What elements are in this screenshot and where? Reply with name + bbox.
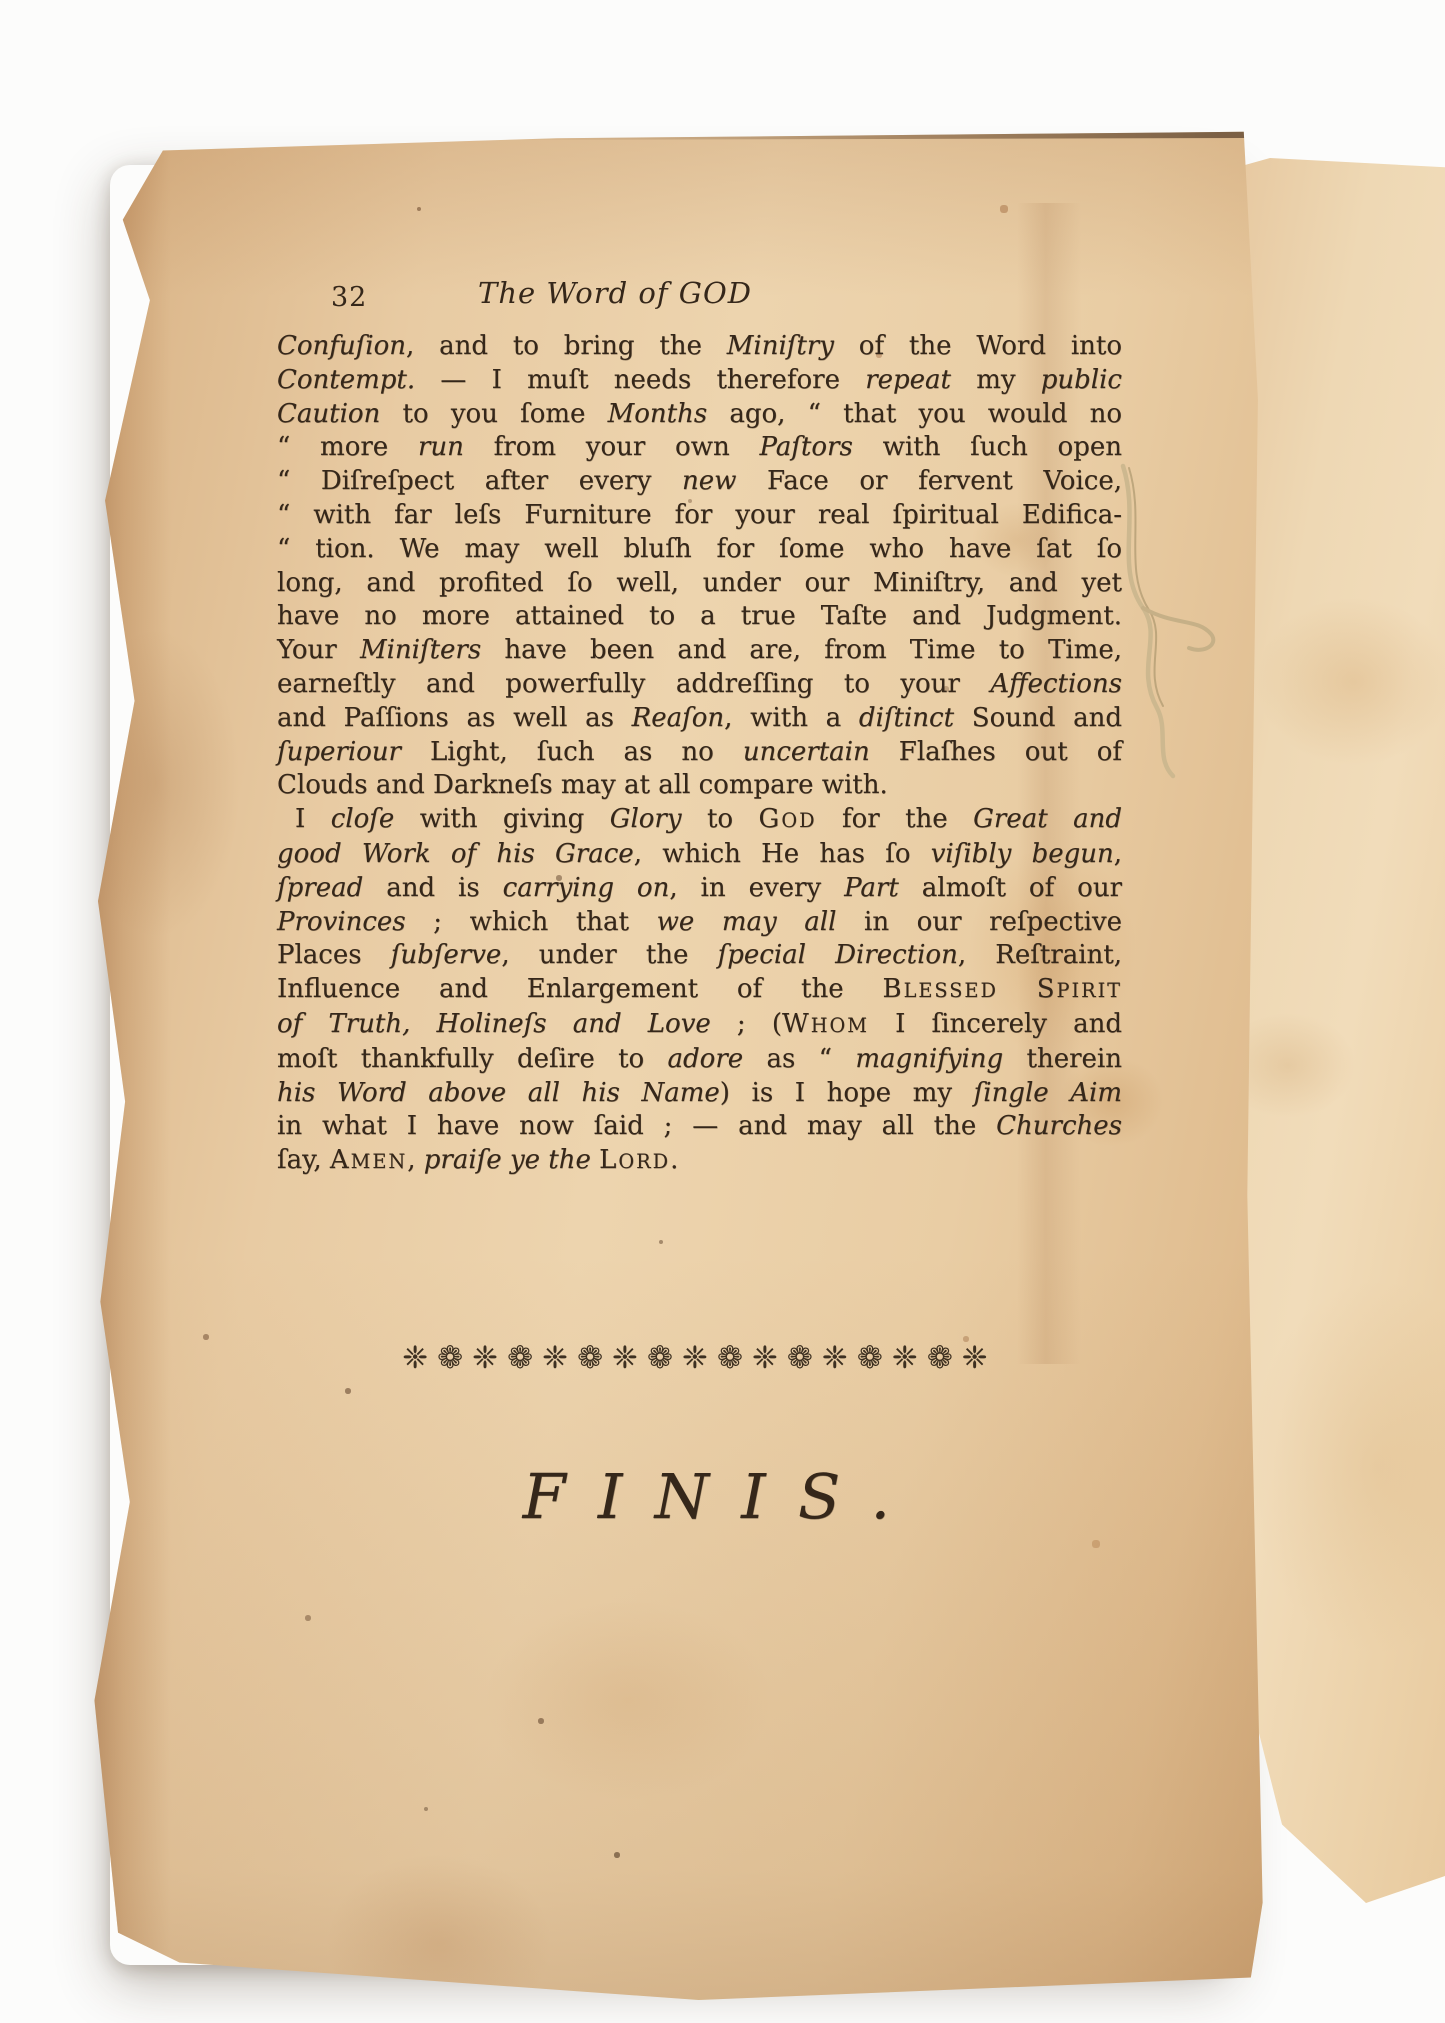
- foxing-speckles: [85, 128, 87, 130]
- finis-row: FINIS.: [277, 1460, 1122, 1533]
- text-line: “ with far leſs Furniture for your real …: [277, 499, 1122, 533]
- book-page: 32 The Word of GOD Confuſion, and to bri…: [85, 128, 1265, 2000]
- text-line: “ Diſreſpect after every new Face or fer…: [277, 465, 1122, 499]
- page-header: 32 The Word of GOD: [277, 276, 1122, 322]
- text-line: I cloſe with giving Glory to God for the…: [277, 803, 1122, 838]
- text-line: Provinces ; which that we may all in our…: [277, 906, 1122, 940]
- body-text: Confuſion, and to bring the Miniſtry of …: [277, 330, 1122, 1179]
- page-number: 32: [331, 282, 367, 313]
- text-line: Contempt. — I muſt needs therefore repea…: [277, 364, 1122, 398]
- text-line: in what I have now ſaid ; — and may all …: [277, 1110, 1122, 1144]
- text-line: of Truth, Holineſs and Love ; (Whom I ſi…: [277, 1008, 1122, 1043]
- text-line: and Paſſions as well as Reaſon, with a d…: [277, 702, 1122, 736]
- text-line: ſay, Amen, praiſe ye the Lord.: [277, 1144, 1122, 1179]
- text-line: Places ſubſerve, under the ſpecial Direc…: [277, 939, 1122, 973]
- text-line: earneſtly and powerfully addreſſing to y…: [277, 668, 1122, 702]
- text-line: his Word above all his Name) is I hope m…: [277, 1077, 1122, 1111]
- text-block: 32 The Word of GOD Confuſion, and to bri…: [277, 276, 1122, 1179]
- text-line: “ more run from your own Paſtors with ſu…: [277, 431, 1122, 465]
- text-line: have no more attained to a true Taſte an…: [277, 600, 1122, 634]
- text-line: good Work of his Grace, which He has ſo …: [277, 838, 1122, 872]
- deckled-left-edge: [85, 128, 171, 2000]
- top-edge-shadow: [510, 129, 1248, 140]
- text-line: Caution to you ſome Months ago, “ that y…: [277, 398, 1122, 432]
- text-line: “ tion. We may well bluſh for ſome who h…: [277, 533, 1122, 567]
- finis-text: FINIS.: [523, 1460, 923, 1533]
- text-line: Your Miniſters have been and are, from T…: [277, 634, 1122, 668]
- text-line: Influence and Enlargement of the Blessed…: [277, 973, 1122, 1008]
- text-line: Clouds and Darkneſs may at all compare w…: [277, 769, 1122, 803]
- text-line: ſpread and is carrying on, in every Part…: [277, 872, 1122, 906]
- text-line: Confuſion, and to bring the Miniſtry of …: [277, 330, 1122, 364]
- running-title: The Word of GOD: [478, 276, 752, 310]
- binding-thread: [1085, 458, 1235, 798]
- ornament-row: ❈❁❈❁❈❁❈❁❈❁❈❁❈❁❈❁❈: [277, 1340, 1122, 1376]
- photo-backdrop: { "page": { "number": "32", "running_tit…: [0, 0, 1445, 2023]
- printers-ornament-band: ❈❁❈❁❈❁❈❁❈❁❈❁❈❁❈❁❈: [402, 1340, 997, 1376]
- text-line: long, and profited ſo well, under our Mi…: [277, 567, 1122, 601]
- text-line: ſuperiour Light, ſuch as no uncertain Fl…: [277, 736, 1122, 770]
- text-line: moſt thankfully deſire to adore as “ mag…: [277, 1043, 1122, 1077]
